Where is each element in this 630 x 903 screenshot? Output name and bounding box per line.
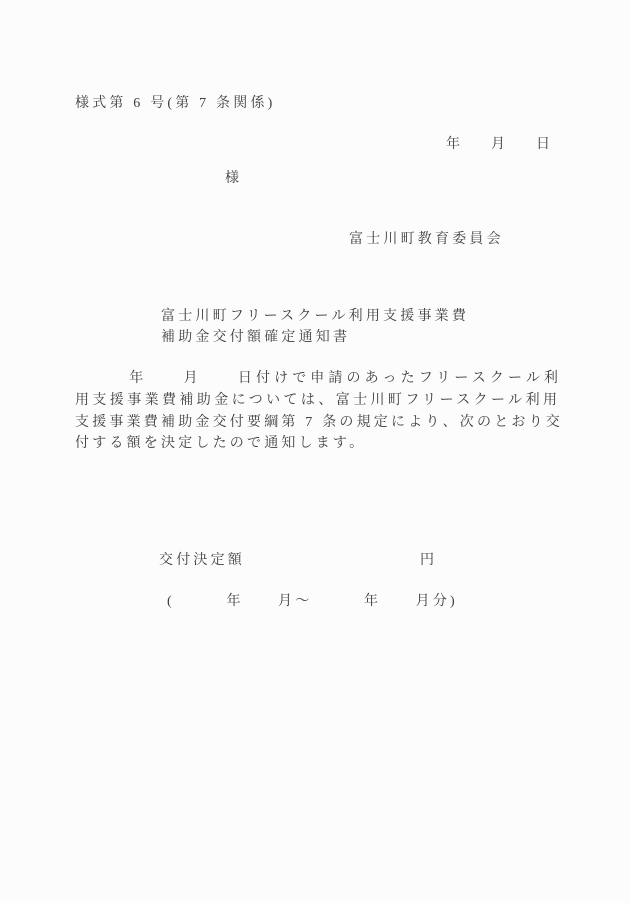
- grant-amount-unit-yen: 円: [420, 553, 437, 568]
- issuer-name: 富士川町教育委員会: [349, 232, 504, 247]
- document-title-line2: 補助金交付額確定通知書: [161, 330, 350, 345]
- grant-amount-label: 交付決定額: [159, 553, 245, 568]
- document-title-line1: 富士川町フリースクール利用支援事業費: [161, 309, 469, 324]
- body-paragraph-line1: 年 月 日付けで申請のあったフリースクール利: [75, 371, 562, 386]
- document-page: 様式第 6 号(第 7 条関係) 年 月 日 様 富士川町教育委員会 富士川町フ…: [0, 0, 630, 903]
- body-paragraph-line2: 用支援事業費補助金については、富士川町フリースクール利用: [75, 393, 560, 408]
- grant-period-line: ( 年 月～ 年 月分): [167, 594, 458, 609]
- issue-date-line: 年 月 日: [446, 137, 551, 152]
- body-paragraph-line4: 付する額を決定したので通知します。: [75, 436, 366, 451]
- form-number: 様式第 6 号(第 7 条関係): [75, 96, 276, 111]
- body-paragraph-line3: 支援事業費補助金交付要綱第 7 条の規定により、次のとおり交: [75, 415, 563, 430]
- addressee-honorific: 様: [225, 171, 242, 186]
